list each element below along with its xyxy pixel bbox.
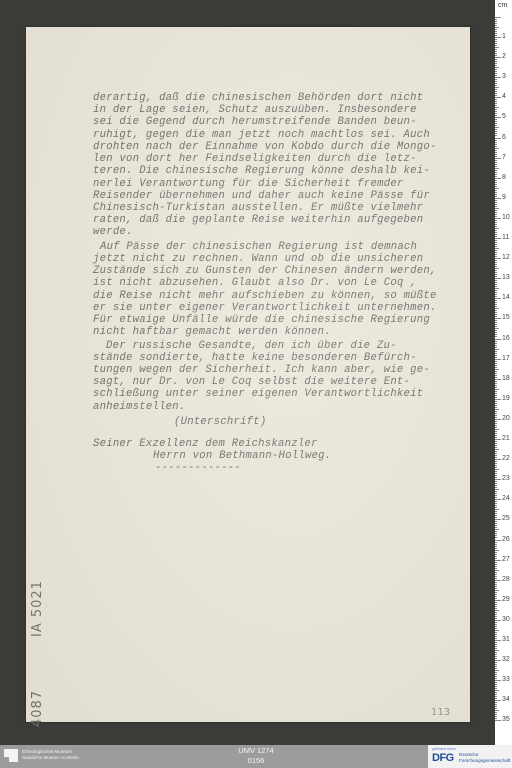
ruler-tick <box>495 499 501 500</box>
ruler-tick <box>495 660 501 661</box>
ruler-tick <box>495 188 499 189</box>
ruler-tick <box>495 594 497 595</box>
ruler-tick <box>495 242 497 243</box>
ruler-tick <box>495 495 497 496</box>
text-line: jetzt nicht zu rechnen. Wann und ob die … <box>93 253 423 265</box>
ruler-tick <box>495 334 497 335</box>
ruler-tick <box>495 682 497 683</box>
ruler-label: 29 <box>502 596 510 603</box>
text-line: sei die Gegend durch herumstreifende Ban… <box>93 116 417 128</box>
ruler-tick <box>495 95 497 96</box>
ruler-tick <box>495 401 497 402</box>
ruler-tick <box>495 113 497 114</box>
ruler-tick <box>495 254 497 255</box>
ruler-tick <box>495 580 501 581</box>
ruler-tick <box>495 274 497 275</box>
ruler-tick <box>495 278 501 279</box>
ruler-tick <box>495 250 497 251</box>
ruler-tick <box>495 491 497 492</box>
ruler-tick <box>495 395 497 396</box>
ruler-tick <box>495 202 497 203</box>
ruler-label: 34 <box>502 696 510 703</box>
ruler-label: 1 <box>502 33 506 40</box>
ruler-tick <box>495 345 497 346</box>
ruler-tick <box>495 341 497 342</box>
ruler-tick <box>495 411 497 412</box>
text-line: derartig, daß die chinesischen Behörden … <box>93 92 423 104</box>
ruler-tick <box>495 296 497 297</box>
ruler-tick <box>495 375 497 376</box>
ruler-tick <box>495 720 501 721</box>
ruler-tick <box>495 174 497 175</box>
ruler-tick <box>495 570 499 571</box>
ruler-tick <box>495 125 497 126</box>
ruler-tick <box>495 475 497 476</box>
ruler-tick <box>495 97 501 98</box>
ruler-tick <box>495 598 497 599</box>
ruler-tick <box>495 437 497 438</box>
text-line: Auf Pässe der chinesischen Regierung ist… <box>100 241 417 253</box>
ruler-tick <box>495 172 497 173</box>
ruler-tick <box>495 451 497 452</box>
ruler-tick <box>495 706 497 707</box>
ruler-tick <box>495 718 497 719</box>
ruler-tick <box>495 704 497 705</box>
text-line: Zustände sich zu Gunsten der Chinesen än… <box>93 265 437 277</box>
ruler-tick <box>495 152 497 153</box>
ruler-tick <box>495 240 497 241</box>
ruler-tick <box>495 371 497 372</box>
ruler-tick <box>495 133 497 134</box>
text-line: Chinesisch-Turkistan ausstellen. Er müßt… <box>93 202 423 214</box>
ruler-tick <box>495 600 501 601</box>
ruler-tick <box>495 51 497 52</box>
ruler-tick <box>495 540 501 541</box>
ruler-tick <box>495 41 497 42</box>
ruler-tick <box>495 369 499 370</box>
ruler-tick <box>495 606 497 607</box>
ruler-tick <box>495 435 497 436</box>
ruler-tick <box>495 714 497 715</box>
ruler-tick <box>495 144 497 145</box>
ruler-tick <box>495 469 499 470</box>
ruler-tick <box>495 509 499 510</box>
ruler-tick <box>495 320 497 321</box>
ruler-tick <box>495 330 497 331</box>
ruler-tick <box>495 628 497 629</box>
ruler-tick <box>495 562 497 563</box>
ruler-tick <box>495 443 497 444</box>
ruler-tick <box>495 272 497 273</box>
ruler-tick <box>495 73 497 74</box>
ruler-tick <box>495 473 497 474</box>
ruler-tick <box>495 391 497 392</box>
ruler-tick <box>495 140 497 141</box>
ruler-tick <box>495 377 497 378</box>
ruler-tick <box>495 431 497 432</box>
ruler-label: 23 <box>502 475 510 482</box>
ruler-tick <box>495 556 497 557</box>
ruler-tick <box>495 465 497 466</box>
ruler-tick <box>495 67 499 68</box>
ruler-tick <box>495 268 499 269</box>
ruler-tick <box>495 421 497 422</box>
ruler-tick <box>495 373 497 374</box>
ruler-tick <box>495 47 499 48</box>
ruler-tick <box>495 672 497 673</box>
text-line: Der russische Gesandte, den ich über die… <box>106 340 397 352</box>
ruler-tick <box>495 463 497 464</box>
ruler-tick <box>495 618 497 619</box>
ruler-tick <box>495 489 499 490</box>
ruler-tick <box>495 198 501 199</box>
ruler-tick <box>495 664 497 665</box>
text-line: teren. Die chinesische Regierung könne d… <box>93 165 430 177</box>
ruler-tick <box>495 164 497 165</box>
ruler-tick <box>495 650 499 651</box>
ruler-tick <box>495 29 497 30</box>
ruler-tick <box>495 121 497 122</box>
ruler-tick <box>495 686 497 687</box>
ruler-tick <box>495 79 497 80</box>
ruler-tick <box>495 642 497 643</box>
text-line: ist nicht abzusehen. Glaubt also Dr. von… <box>93 277 417 289</box>
ruler-tick <box>495 282 497 283</box>
ruler-label: 25 <box>502 515 510 522</box>
ruler-tick <box>495 525 497 526</box>
ruler-tick <box>495 447 497 448</box>
ruler-tick <box>495 590 499 591</box>
ruler-tick <box>495 292 497 293</box>
document-page: derartig, daß die chinesischen Behörden … <box>26 27 470 722</box>
ruler-tick <box>495 170 497 171</box>
ruler-tick <box>495 222 497 223</box>
ruler-tick <box>495 546 497 547</box>
handwritten-signature-code: IA 5021 <box>30 580 45 637</box>
ruler-tick <box>495 503 497 504</box>
ruler-tick <box>495 206 497 207</box>
ruler-tick <box>495 39 497 40</box>
ruler-tick <box>495 552 497 553</box>
ruler-tick <box>495 433 497 434</box>
ruler-label: 26 <box>502 536 510 543</box>
ruler-tick <box>495 417 497 418</box>
ruler-tick <box>495 109 497 110</box>
ruler-tick <box>495 37 501 38</box>
ruler-tick <box>495 548 497 549</box>
ruler-tick <box>495 33 497 34</box>
ruler-tick <box>495 544 497 545</box>
text-line: anheimstellen. <box>93 401 186 413</box>
ruler-tick <box>495 168 499 169</box>
ruler-tick <box>495 226 497 227</box>
ruler-label: 21 <box>502 435 510 442</box>
ruler-tick <box>495 389 499 390</box>
text-line: Reisender übernehmen und daher auch kein… <box>93 190 430 202</box>
ruler-tick <box>495 101 497 102</box>
ruler-tick <box>495 634 497 635</box>
ruler-tick <box>495 234 497 235</box>
ruler-tick <box>495 694 497 695</box>
ruler-tick <box>495 425 497 426</box>
ruler-tick <box>495 35 497 36</box>
ruler-tick <box>495 574 497 575</box>
ruler-tick <box>495 481 497 482</box>
ruler-tick <box>495 658 497 659</box>
ruler-tick <box>495 578 497 579</box>
ruler-tick <box>495 53 497 54</box>
ruler-label: 28 <box>502 576 510 583</box>
ruler-tick <box>495 493 497 494</box>
ruler-tick <box>495 105 497 106</box>
ruler-tick <box>495 63 497 64</box>
ruler-tick <box>495 497 497 498</box>
scan-viewport: derartig, daß die chinesischen Behörden … <box>0 0 512 745</box>
ruler-tick <box>495 264 497 265</box>
ruler-tick <box>495 716 497 717</box>
ruler-label: 19 <box>502 395 510 402</box>
ruler-tick <box>495 445 497 446</box>
ruler-tick <box>495 415 497 416</box>
ruler-tick <box>495 31 497 32</box>
ruler-tick <box>495 441 497 442</box>
text-line: tungen wegen der Sicherheit. Ich kann ab… <box>93 364 430 376</box>
ruler-tick <box>495 349 499 350</box>
ruler-tick <box>495 710 499 711</box>
ruler-tick <box>495 21 497 22</box>
ruler-tick <box>495 383 497 384</box>
ruler-tick <box>495 196 497 197</box>
ruler-tick <box>495 485 497 486</box>
ruler-tick <box>495 379 501 380</box>
ruler-tick <box>495 608 497 609</box>
ruler-tick <box>495 115 497 116</box>
ruler-tick <box>495 359 501 360</box>
ruler-tick <box>495 93 497 94</box>
ruler-tick <box>495 531 497 532</box>
ruler-tick <box>495 192 497 193</box>
ruler-tick <box>495 186 497 187</box>
text-line: in der Lage seien, Schutz auszuüben. Ins… <box>93 104 417 116</box>
dfg-funder-logo: gefördert durch DFG Deutsche Forschungsg… <box>428 745 512 768</box>
ruler-tick <box>495 304 497 305</box>
text-line: ruhigt, gegen die man jetzt noch machtlo… <box>93 129 430 141</box>
ruler-tick <box>495 178 501 179</box>
text-line: (Unterschrift) <box>174 416 267 428</box>
text-line: nicht haftbar gemacht werden können. <box>93 326 331 338</box>
ruler-tick <box>495 596 497 597</box>
ruler-tick <box>495 708 497 709</box>
ruler-tick <box>495 117 501 118</box>
ruler-tick <box>495 17 501 18</box>
ruler-tick <box>495 367 497 368</box>
ruler-tick <box>495 505 497 506</box>
ruler-label: 33 <box>502 676 510 683</box>
ruler-tick <box>495 427 497 428</box>
ruler-tick <box>495 646 497 647</box>
ruler-tick <box>495 640 501 641</box>
ruler-tick <box>495 131 497 132</box>
ruler-tick <box>495 568 497 569</box>
ruler-tick <box>495 224 497 225</box>
ruler-tick <box>495 602 497 603</box>
ruler-tick <box>495 511 497 512</box>
ruler-tick <box>495 276 497 277</box>
ruler-tick <box>495 146 497 147</box>
ruler-tick <box>495 471 497 472</box>
ruler-tick <box>495 696 497 697</box>
ruler-label: 20 <box>502 415 510 422</box>
ruler-tick <box>495 316 497 317</box>
ruler-tick <box>495 190 497 191</box>
text-line: drohten nach der Einnahme von Kobdo durc… <box>93 141 437 153</box>
ruler-tick <box>495 477 497 478</box>
ruler-tick <box>495 262 497 263</box>
ruler-tick <box>495 387 497 388</box>
ruler-tick <box>495 45 497 46</box>
ruler-tick <box>495 71 497 72</box>
ruler-tick <box>495 676 497 677</box>
ruler-tick <box>495 318 501 319</box>
ruler-tick <box>495 75 497 76</box>
typewritten-text: derartig, daß die chinesischen Behörden … <box>26 27 470 722</box>
ruler-tick <box>495 624 497 625</box>
ruler-unit: cm <box>498 2 507 9</box>
ruler-tick <box>495 527 497 528</box>
ruler-tick <box>495 119 497 120</box>
ruler-label: 30 <box>502 616 510 623</box>
ruler-tick <box>495 328 499 329</box>
ruler-tick <box>495 423 497 424</box>
ruler-tick <box>495 212 497 213</box>
ruler-tick <box>495 347 497 348</box>
ruler-tick <box>495 244 497 245</box>
ruler-tick <box>495 487 497 488</box>
ruler-tick <box>495 290 497 291</box>
ruler-tick <box>495 19 497 20</box>
ruler-tick <box>495 123 497 124</box>
ruler-tick <box>495 662 497 663</box>
ruler-tick <box>495 457 497 458</box>
ruler-tick <box>495 111 497 112</box>
ruler-tick <box>495 298 501 299</box>
ruler-tick <box>495 57 501 58</box>
ruler-tick <box>495 69 497 70</box>
ruler-tick <box>495 43 497 44</box>
ruler-tick <box>495 129 497 130</box>
ruler-tick <box>495 533 497 534</box>
ruler-tick <box>495 622 497 623</box>
text-line: ------------- <box>155 462 241 474</box>
ruler-label: 24 <box>502 495 510 502</box>
ruler-tick <box>495 670 499 671</box>
ruler-tick <box>495 357 497 358</box>
ruler-label: 11 <box>502 234 509 241</box>
ruler-tick <box>495 419 501 420</box>
text-line: Für etwaige Unfälle würde die chinesisch… <box>93 314 430 326</box>
cm-ruler: cm 1234567891011121314151617181920212223… <box>495 0 512 745</box>
ruler-label: 9 <box>502 194 506 201</box>
ruler-tick <box>495 127 499 128</box>
ruler-tick <box>495 284 497 285</box>
footer-bar: Ethnologisches Museum Staatliche Museen … <box>0 745 512 768</box>
ruler-tick <box>495 306 497 307</box>
ruler-tick <box>495 550 499 551</box>
funder-name-line2: Forschungsgemeinschaft <box>459 758 510 764</box>
ruler-tick <box>495 256 497 257</box>
ruler-tick <box>495 343 497 344</box>
ruler-label: 6 <box>502 134 506 141</box>
text-line: raten, daß die geplante Reise weiterhin … <box>93 214 423 226</box>
ruler-tick <box>495 208 499 209</box>
ruler-tick <box>495 61 497 62</box>
ruler-tick <box>495 83 497 84</box>
ruler-tick <box>495 91 497 92</box>
ruler-tick <box>495 87 499 88</box>
text-line: stände sondierte, hatte keine besonderen… <box>93 352 417 364</box>
ruler-tick <box>495 59 497 60</box>
ruler-tick <box>495 322 497 323</box>
ruler-tick <box>495 407 497 408</box>
ruler-tick <box>495 429 499 430</box>
ruler-tick <box>495 326 497 327</box>
ruler-tick <box>495 690 499 691</box>
ruler-tick <box>495 542 497 543</box>
ruler-tick <box>495 455 497 456</box>
ruler-tick <box>495 214 497 215</box>
ruler-tick <box>495 89 497 90</box>
ruler-tick <box>495 566 497 567</box>
ruler-tick <box>495 712 497 713</box>
ruler-tick <box>495 467 497 468</box>
ruler-tick <box>495 604 497 605</box>
ruler-tick <box>495 702 497 703</box>
ruler-tick <box>495 312 497 313</box>
ruler-tick <box>495 336 497 337</box>
ruler-label: 5 <box>502 113 506 120</box>
ruler-tick <box>495 610 499 611</box>
ruler-tick <box>495 648 497 649</box>
ruler-label: 14 <box>502 294 510 301</box>
ruler-tick <box>495 644 497 645</box>
ruler-tick <box>495 501 497 502</box>
ruler-tick <box>495 27 499 28</box>
ruler-tick <box>495 230 497 231</box>
ruler-tick <box>495 49 497 50</box>
ruler-tick <box>495 200 497 201</box>
ruler-label: 8 <box>502 174 506 181</box>
ruler-tick <box>495 260 497 261</box>
ruler-label: 15 <box>502 314 510 321</box>
ruler-tick <box>495 238 501 239</box>
ruler-tick <box>495 324 497 325</box>
ruler-tick <box>495 365 497 366</box>
ruler-tick <box>495 449 499 450</box>
ruler-label: 32 <box>502 656 510 663</box>
ruler-tick <box>495 413 497 414</box>
ruler-tick <box>495 180 497 181</box>
ruler-tick <box>495 176 497 177</box>
ruler-tick <box>495 397 497 398</box>
handwritten-number: 4087 <box>30 690 45 727</box>
ruler-tick <box>495 680 501 681</box>
text-line: nerlei Verantwortung für die Sicherheit … <box>93 178 404 190</box>
ruler-tick <box>495 204 497 205</box>
ruler-tick <box>495 626 497 627</box>
ruler-tick <box>495 393 497 394</box>
ruler-tick <box>495 220 497 221</box>
ruler-tick <box>495 314 497 315</box>
